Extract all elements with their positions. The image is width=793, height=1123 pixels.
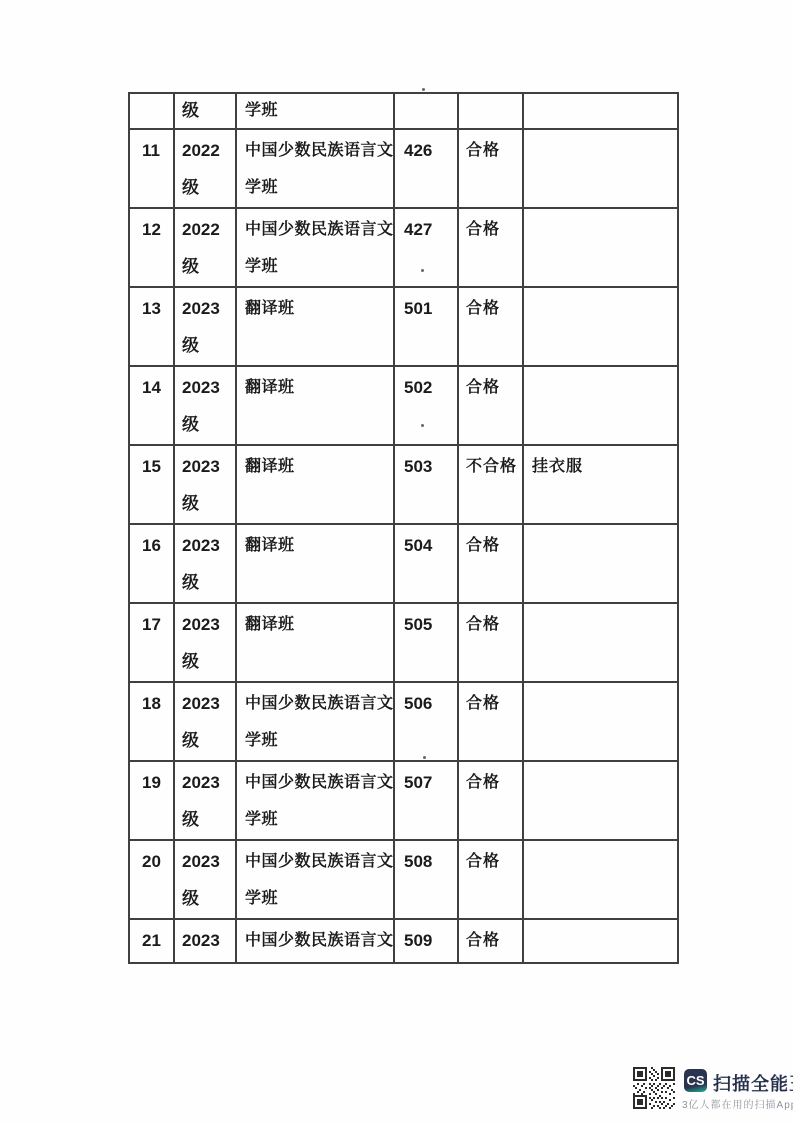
cell-result: 合格 [458, 761, 523, 840]
cell-result: 合格 [458, 682, 523, 761]
cell-text: 挂衣服 [524, 448, 677, 485]
cell-text: 14 [130, 369, 173, 406]
cell-text: 504 [395, 527, 457, 564]
cell-text: 合格 [459, 369, 522, 406]
cell-text: 2023 [175, 764, 235, 801]
cell-text: 503 [395, 448, 457, 485]
table-row: 18 2023级 中国少数民族语言文学班 506 合格 [129, 682, 678, 761]
cell-note [523, 603, 678, 682]
cell-result: 合格 [458, 840, 523, 919]
cell-note [523, 524, 678, 603]
table-row: 14 2023级 翻译班 502 合格 [129, 366, 678, 445]
cell-no: 19 [129, 761, 174, 840]
cell-text: 13 [130, 290, 173, 327]
cell-room: 504 [394, 524, 458, 603]
cell-text: 2023 [175, 527, 235, 564]
cell-class: 中国少数民族语言文学班 [236, 208, 394, 287]
cell-text: 502 [395, 369, 457, 406]
cell-room: 503 [394, 445, 458, 524]
cell-text: 级 [175, 564, 235, 601]
cell-text: 不合格 [459, 448, 522, 485]
cell-room: 509 [394, 919, 458, 963]
cell-text: 合格 [459, 922, 522, 959]
cell-no: 13 [129, 287, 174, 366]
cell-text: 级 [175, 248, 235, 285]
cell-text: 翻译班 [237, 369, 393, 406]
cell-room: 508 [394, 840, 458, 919]
table-row: 20 2023级 中国少数民族语言文学班 508 合格 [129, 840, 678, 919]
cell-text: 2022 [175, 132, 235, 169]
app-name: 扫描全能王 [713, 1070, 793, 1096]
cell-note [523, 919, 678, 963]
cell-text: 15 [130, 448, 173, 485]
cell-text: 级 [175, 722, 235, 759]
cell-text: 18 [130, 685, 173, 722]
cell-text: 中国少数民族语言文 [237, 211, 393, 248]
scan-speck [423, 756, 426, 759]
cell-grade: 2023 [174, 919, 236, 963]
cell-text: 19 [130, 764, 173, 801]
cell-text: 合格 [459, 132, 522, 169]
cell-text: 2023 [175, 843, 235, 880]
cell-result: 合格 [458, 208, 523, 287]
cell-no: 14 [129, 366, 174, 445]
cell-grade: 2023级 [174, 603, 236, 682]
cell-text: 509 [395, 922, 457, 959]
cell-grade: 2023级 [174, 524, 236, 603]
cell-text: 级 [175, 96, 235, 126]
scanned-document-page: 级 学班 11 2022级 中国少数民族语言文学班 426 合格 12 2022… [0, 0, 793, 1123]
cell-no: 16 [129, 524, 174, 603]
cell-grade: 2023级 [174, 761, 236, 840]
cell-class: 中国少数民族语言文学班 [236, 840, 394, 919]
cell-text: 级 [175, 801, 235, 838]
cell-room [394, 93, 458, 129]
cell-class: 中国少数民族语言文学班 [236, 761, 394, 840]
cell-text: 11 [130, 132, 173, 169]
table-row: 16 2023级 翻译班 504 合格 [129, 524, 678, 603]
table-row: 21 2023 中国少数民族语言文 509 合格 [129, 919, 678, 963]
cell-no: 18 [129, 682, 174, 761]
cell-text: 学班 [237, 801, 393, 838]
cell-class: 翻译班 [236, 287, 394, 366]
scan-speck [422, 88, 425, 91]
table-row: 15 2023级 翻译班 503 不合格 挂衣服 [129, 445, 678, 524]
cell-text: 级 [175, 169, 235, 206]
cell-note [523, 761, 678, 840]
cell-text: 17 [130, 606, 173, 643]
cell-text: 翻译班 [237, 290, 393, 327]
table-row: 13 2023级 翻译班 501 合格 [129, 287, 678, 366]
cell-room: 426 [394, 129, 458, 208]
scan-speck [421, 424, 424, 427]
cell-text: 12 [130, 211, 173, 248]
cell-text: 学班 [237, 96, 393, 126]
cell-room: 502 [394, 366, 458, 445]
cell-room: 507 [394, 761, 458, 840]
cell-text: 学班 [237, 248, 393, 285]
cell-note [523, 366, 678, 445]
cell-text: 2023 [175, 606, 235, 643]
cell-text: 翻译班 [237, 606, 393, 643]
cell-grade: 2023级 [174, 682, 236, 761]
cell-note [523, 287, 678, 366]
cell-room: 501 [394, 287, 458, 366]
cell-no: 17 [129, 603, 174, 682]
cell-class: 中国少数民族语言文 [236, 919, 394, 963]
cell-no: 21 [129, 919, 174, 963]
cell-text: 2023 [175, 685, 235, 722]
cell-text: 翻译班 [237, 448, 393, 485]
cell-text: 级 [175, 327, 235, 364]
cell-note [523, 208, 678, 287]
camscanner-logo-icon: CS [684, 1069, 707, 1092]
cell-room: 505 [394, 603, 458, 682]
cell-text: 级 [175, 880, 235, 917]
cell-no: 15 [129, 445, 174, 524]
cell-text: 508 [395, 843, 457, 880]
cell-grade: 2023级 [174, 445, 236, 524]
cell-note [523, 93, 678, 129]
table-row: 17 2023级 翻译班 505 合格 [129, 603, 678, 682]
cell-result: 合格 [458, 366, 523, 445]
cell-note [523, 129, 678, 208]
cell-class: 翻译班 [236, 445, 394, 524]
cell-text: 2022 [175, 211, 235, 248]
camscanner-watermark: CS 扫描全能王 3亿人都在用的扫描App [633, 1063, 793, 1115]
cell-note [523, 840, 678, 919]
cell-grade: 2023级 [174, 287, 236, 366]
cell-text: 级 [175, 485, 235, 522]
cell-text: 16 [130, 527, 173, 564]
cell-text: 中国少数民族语言文 [237, 132, 393, 169]
cell-no [129, 93, 174, 129]
cell-text: 学班 [237, 722, 393, 759]
cell-grade: 2023级 [174, 366, 236, 445]
cell-text: 501 [395, 290, 457, 327]
cell-class: 中国少数民族语言文学班 [236, 682, 394, 761]
cell-text: 21 [130, 922, 173, 959]
cell-text: 20 [130, 843, 173, 880]
cell-text: 中国少数民族语言文 [237, 685, 393, 722]
cell-text: 2023 [175, 369, 235, 406]
cell-no: 12 [129, 208, 174, 287]
scan-speck [421, 269, 424, 272]
cell-text: 合格 [459, 764, 522, 801]
cell-class: 中国少数民族语言文学班 [236, 129, 394, 208]
cell-text: 合格 [459, 843, 522, 880]
cell-text: 506 [395, 685, 457, 722]
cell-text: 507 [395, 764, 457, 801]
cell-text: 学班 [237, 880, 393, 917]
cell-no: 11 [129, 129, 174, 208]
cell-grade: 级 [174, 93, 236, 129]
cell-room: 506 [394, 682, 458, 761]
cell-result: 合格 [458, 129, 523, 208]
cell-result: 合格 [458, 287, 523, 366]
cell-text: 合格 [459, 211, 522, 248]
cell-result [458, 93, 523, 129]
cell-text: 中国少数民族语言文 [237, 764, 393, 801]
cell-text: 426 [395, 132, 457, 169]
table-row: 19 2023级 中国少数民族语言文学班 507 合格 [129, 761, 678, 840]
cell-class: 学班 [236, 93, 394, 129]
cell-text: 合格 [459, 606, 522, 643]
cell-text: 中国少数民族语言文 [237, 843, 393, 880]
cell-note [523, 682, 678, 761]
cell-room: 427 [394, 208, 458, 287]
cell-result: 不合格 [458, 445, 523, 524]
cell-class: 翻译班 [236, 366, 394, 445]
cell-text: 505 [395, 606, 457, 643]
cell-text: 学班 [237, 169, 393, 206]
cell-text: 2023 [175, 922, 235, 959]
table-row: 12 2022级 中国少数民族语言文学班 427 合格 [129, 208, 678, 287]
cell-result: 合格 [458, 603, 523, 682]
cell-no: 20 [129, 840, 174, 919]
cell-text: 中国少数民族语言文 [237, 922, 393, 959]
cell-result: 合格 [458, 919, 523, 963]
cell-class: 翻译班 [236, 524, 394, 603]
cell-text: 2023 [175, 290, 235, 327]
table-row: 11 2022级 中国少数民族语言文学班 426 合格 [129, 129, 678, 208]
cell-text: 合格 [459, 290, 522, 327]
qr-code-icon [633, 1067, 675, 1109]
cell-text: 合格 [459, 527, 522, 564]
cell-text: 级 [175, 643, 235, 680]
cell-text: 合格 [459, 685, 522, 722]
cell-text: 2023 [175, 448, 235, 485]
table-row: 级 学班 [129, 93, 678, 129]
cell-grade: 2023级 [174, 840, 236, 919]
logo-text: CS [686, 1073, 704, 1088]
cell-text: 级 [175, 406, 235, 443]
cell-text: 427 [395, 211, 457, 248]
cell-grade: 2022级 [174, 129, 236, 208]
app-tagline: 3亿人都在用的扫描App [682, 1096, 793, 1111]
cell-note: 挂衣服 [523, 445, 678, 524]
cell-grade: 2022级 [174, 208, 236, 287]
cell-class: 翻译班 [236, 603, 394, 682]
inspection-table: 级 学班 11 2022级 中国少数民族语言文学班 426 合格 12 2022… [128, 92, 679, 964]
cell-text: 翻译班 [237, 527, 393, 564]
cell-result: 合格 [458, 524, 523, 603]
